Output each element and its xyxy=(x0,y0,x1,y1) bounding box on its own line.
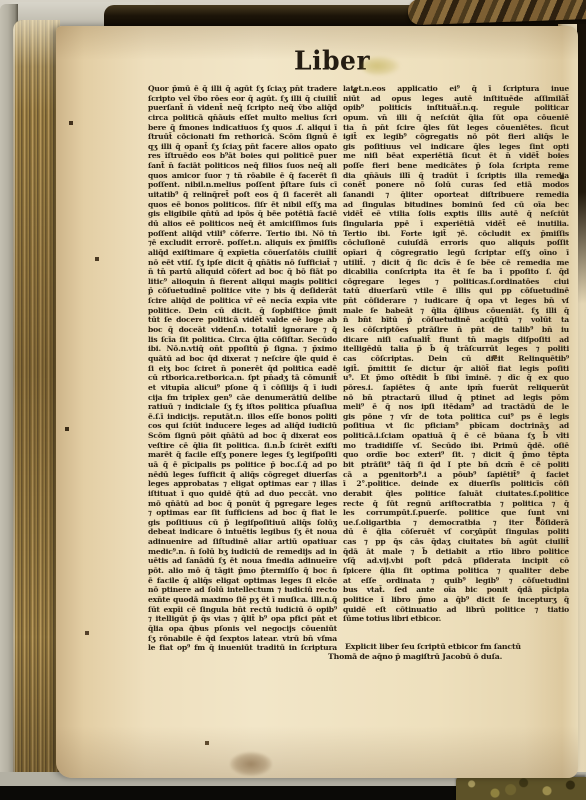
text-column-right: latet.n.eos applicatio ei⁹ q̄ ī ſcriptur… xyxy=(343,84,569,624)
stacked-page-edges xyxy=(13,20,60,792)
text-column-left: Quor p̄mū ē q̄ illi q̄ agūt ſʒ ſciaʒ pn̄… xyxy=(148,84,337,653)
book-page: Liber Quor p̄mū ē q̄ illi q̄ agūt ſʒ ſci… xyxy=(56,26,578,778)
marbled-cover-corner xyxy=(456,777,586,800)
right-gutter-shadow xyxy=(577,24,586,304)
colophon-explicit: Explicit liber ſeu ſcriptū etbicor fm ſa… xyxy=(328,642,568,661)
running-title: Liber xyxy=(294,45,370,75)
brown-stain xyxy=(230,752,272,776)
yellow-ink-smudge xyxy=(362,56,400,76)
book-photo: Liber Quor p̄mū ē q̄ illi q̄ agūt ſʒ ſci… xyxy=(0,0,586,800)
ink-specks xyxy=(56,26,58,28)
